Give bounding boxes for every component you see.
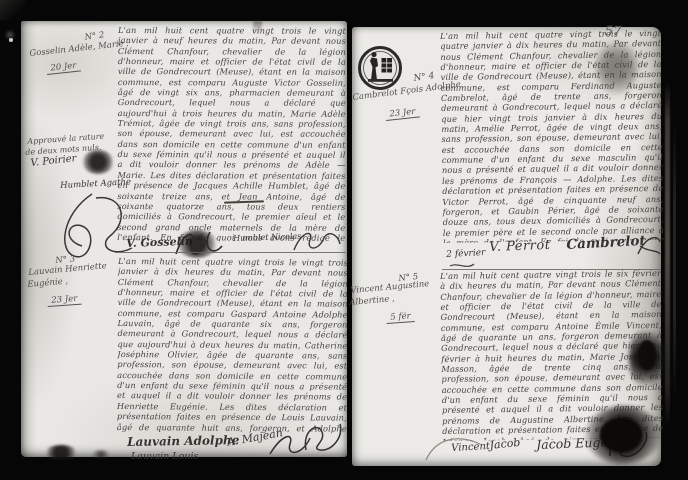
act-3-signature-2: Lauvain Louis: [131, 451, 198, 462]
act-2-body: L'an mil huit cent quatre vingt trois le…: [117, 25, 346, 242]
act-separator-rule: [115, 252, 346, 253]
signature-paraph-icon: [636, 232, 662, 258]
book-edge: [665, 80, 670, 428]
act-4-closing-date: 2 février: [446, 248, 486, 260]
ink-blot: [82, 150, 114, 174]
ink-blot: [600, 418, 642, 452]
ink-blot: [44, 445, 78, 460]
act-5-margin-date: 5 fér: [386, 311, 415, 324]
act-3-signature-1: Lauvain Adolphe: [127, 433, 239, 449]
scan-artifact: [9, 38, 13, 42]
signature-scrawl-icon: [300, 420, 348, 456]
scan-artifact: [0, 0, 26, 20]
signature-scrawl-icon: [172, 228, 224, 260]
register-scan: N° 2 Gosselin Adèle, Marie ; 20 Jer Appr…: [0, 0, 688, 480]
act-4-signature-1: V. Perrot: [489, 238, 551, 255]
ink-blot: [90, 450, 112, 459]
act-4-body: L'an mil huit cent quatre vingt trois le…: [440, 28, 664, 243]
revenue-stamp-icon: [357, 45, 403, 91]
act-3-body: L'an mil huit cent quatre vingt trois le…: [117, 256, 348, 435]
book-edge: [673, 120, 676, 400]
act-5-signature-1: Vincent: [451, 441, 490, 454]
act-5-margin-date-text: 5 fér: [386, 311, 415, 324]
ink-blot: [638, 340, 656, 370]
